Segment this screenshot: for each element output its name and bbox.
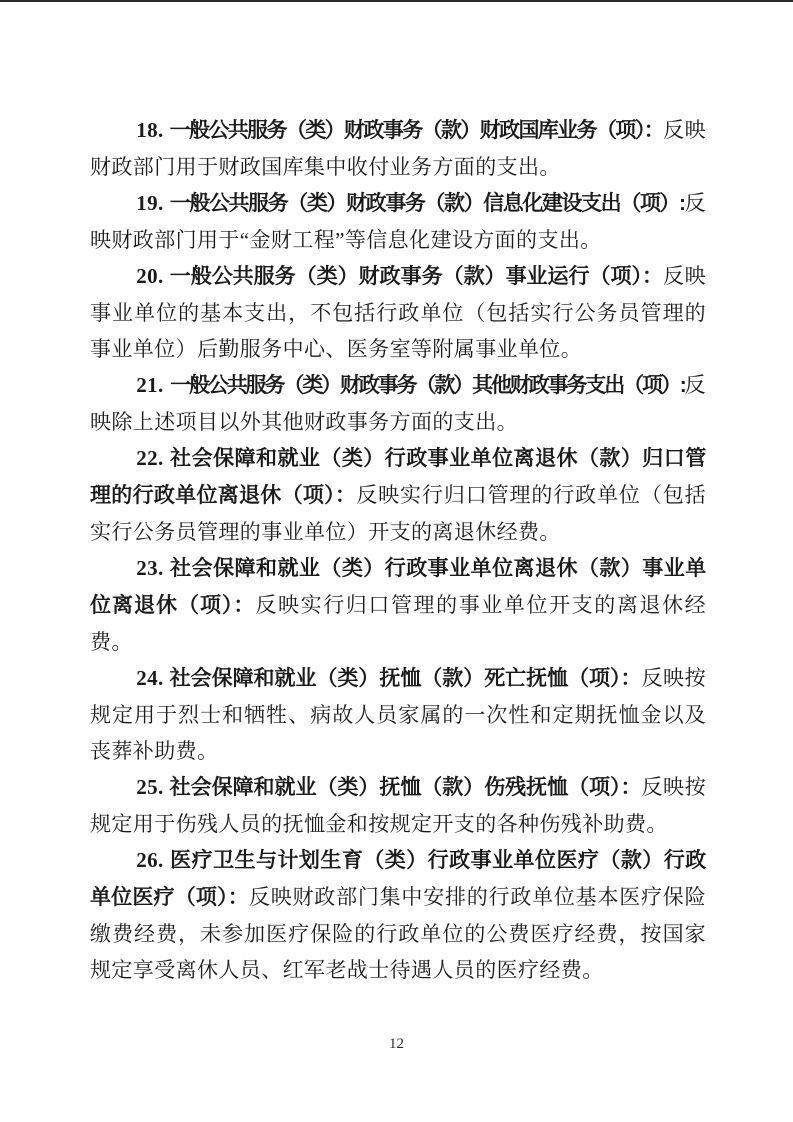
item-number: 23.	[136, 556, 163, 580]
item-18: 18.一般公共服务（类）财政事务（款）财政国库业务（项）：反映财政部门用于财政国…	[90, 112, 706, 185]
scan-edge-line	[0, 0, 793, 2]
page-number: 12	[0, 1034, 793, 1054]
item-title: 一般公共服务（类）财政事务（款）其他财政事务支出（项）:	[170, 374, 685, 397]
item-19: 19.一般公共服务（类）财政事务（款）信息化建设支出（项）:反映财政部门用于“金…	[90, 185, 706, 258]
item-title: 社会保障和就业（类）抚恤（款）死亡抚恤（项）：	[170, 667, 642, 690]
document-page: 18.一般公共服务（类）财政事务（款）财政国库业务（项）：反映财政部门用于财政国…	[0, 0, 793, 1122]
item-24: 24.社会保障和就业（类）抚恤（款）死亡抚恤（项）：反映按规定用于烈士和牺牲、病…	[90, 660, 706, 769]
item-number: 21.	[136, 373, 163, 397]
item-23: 23.社会保障和就业（类）行政事业单位离退休（款）事业单位离退休（项）：反映实行…	[90, 550, 706, 660]
item-number: 26.	[136, 848, 163, 872]
item-22: 22.社会保障和就业（类）行政事业单位离退休（款）归口管理的行政单位离退休（项）…	[90, 440, 706, 550]
item-number: 20.	[136, 264, 163, 288]
item-title: 社会保障和就业（类）抚恤（款）伤残抚恤（项）：	[170, 776, 642, 799]
item-26: 26.医疗卫生与计划生育（类）行政事业单位医疗（款）行政单位医疗（项）：反映财政…	[90, 842, 706, 988]
item-number: 25.	[136, 775, 163, 799]
item-number: 22.	[136, 446, 163, 470]
item-number: 24.	[136, 666, 163, 690]
document-body: 18.一般公共服务（类）财政事务（款）财政国库业务（项）：反映财政部门用于财政国…	[90, 112, 706, 988]
item-number: 19.	[136, 191, 163, 215]
item-20: 20.一般公共服务（类）财政事务（款）事业运行（项）：反映事业单位的基本支出，不…	[90, 258, 706, 367]
item-title: 一般公共服务（类）财政事务（款）财政国库业务（项）：	[170, 119, 664, 142]
item-25: 25.社会保障和就业（类）抚恤（款）伤残抚恤（项）：反映按规定用于伤残人员的抚恤…	[90, 769, 706, 842]
item-21: 21.一般公共服务（类）财政事务（款）其他财政事务支出（项）:反映除上述项目以外…	[90, 367, 706, 440]
item-title: 一般公共服务（类）财政事务（款）事业运行（项）：	[170, 265, 663, 288]
item-title: 一般公共服务（类）财政事务（款）信息化建设支出（项）:	[170, 192, 685, 215]
item-number: 18.	[136, 118, 163, 142]
